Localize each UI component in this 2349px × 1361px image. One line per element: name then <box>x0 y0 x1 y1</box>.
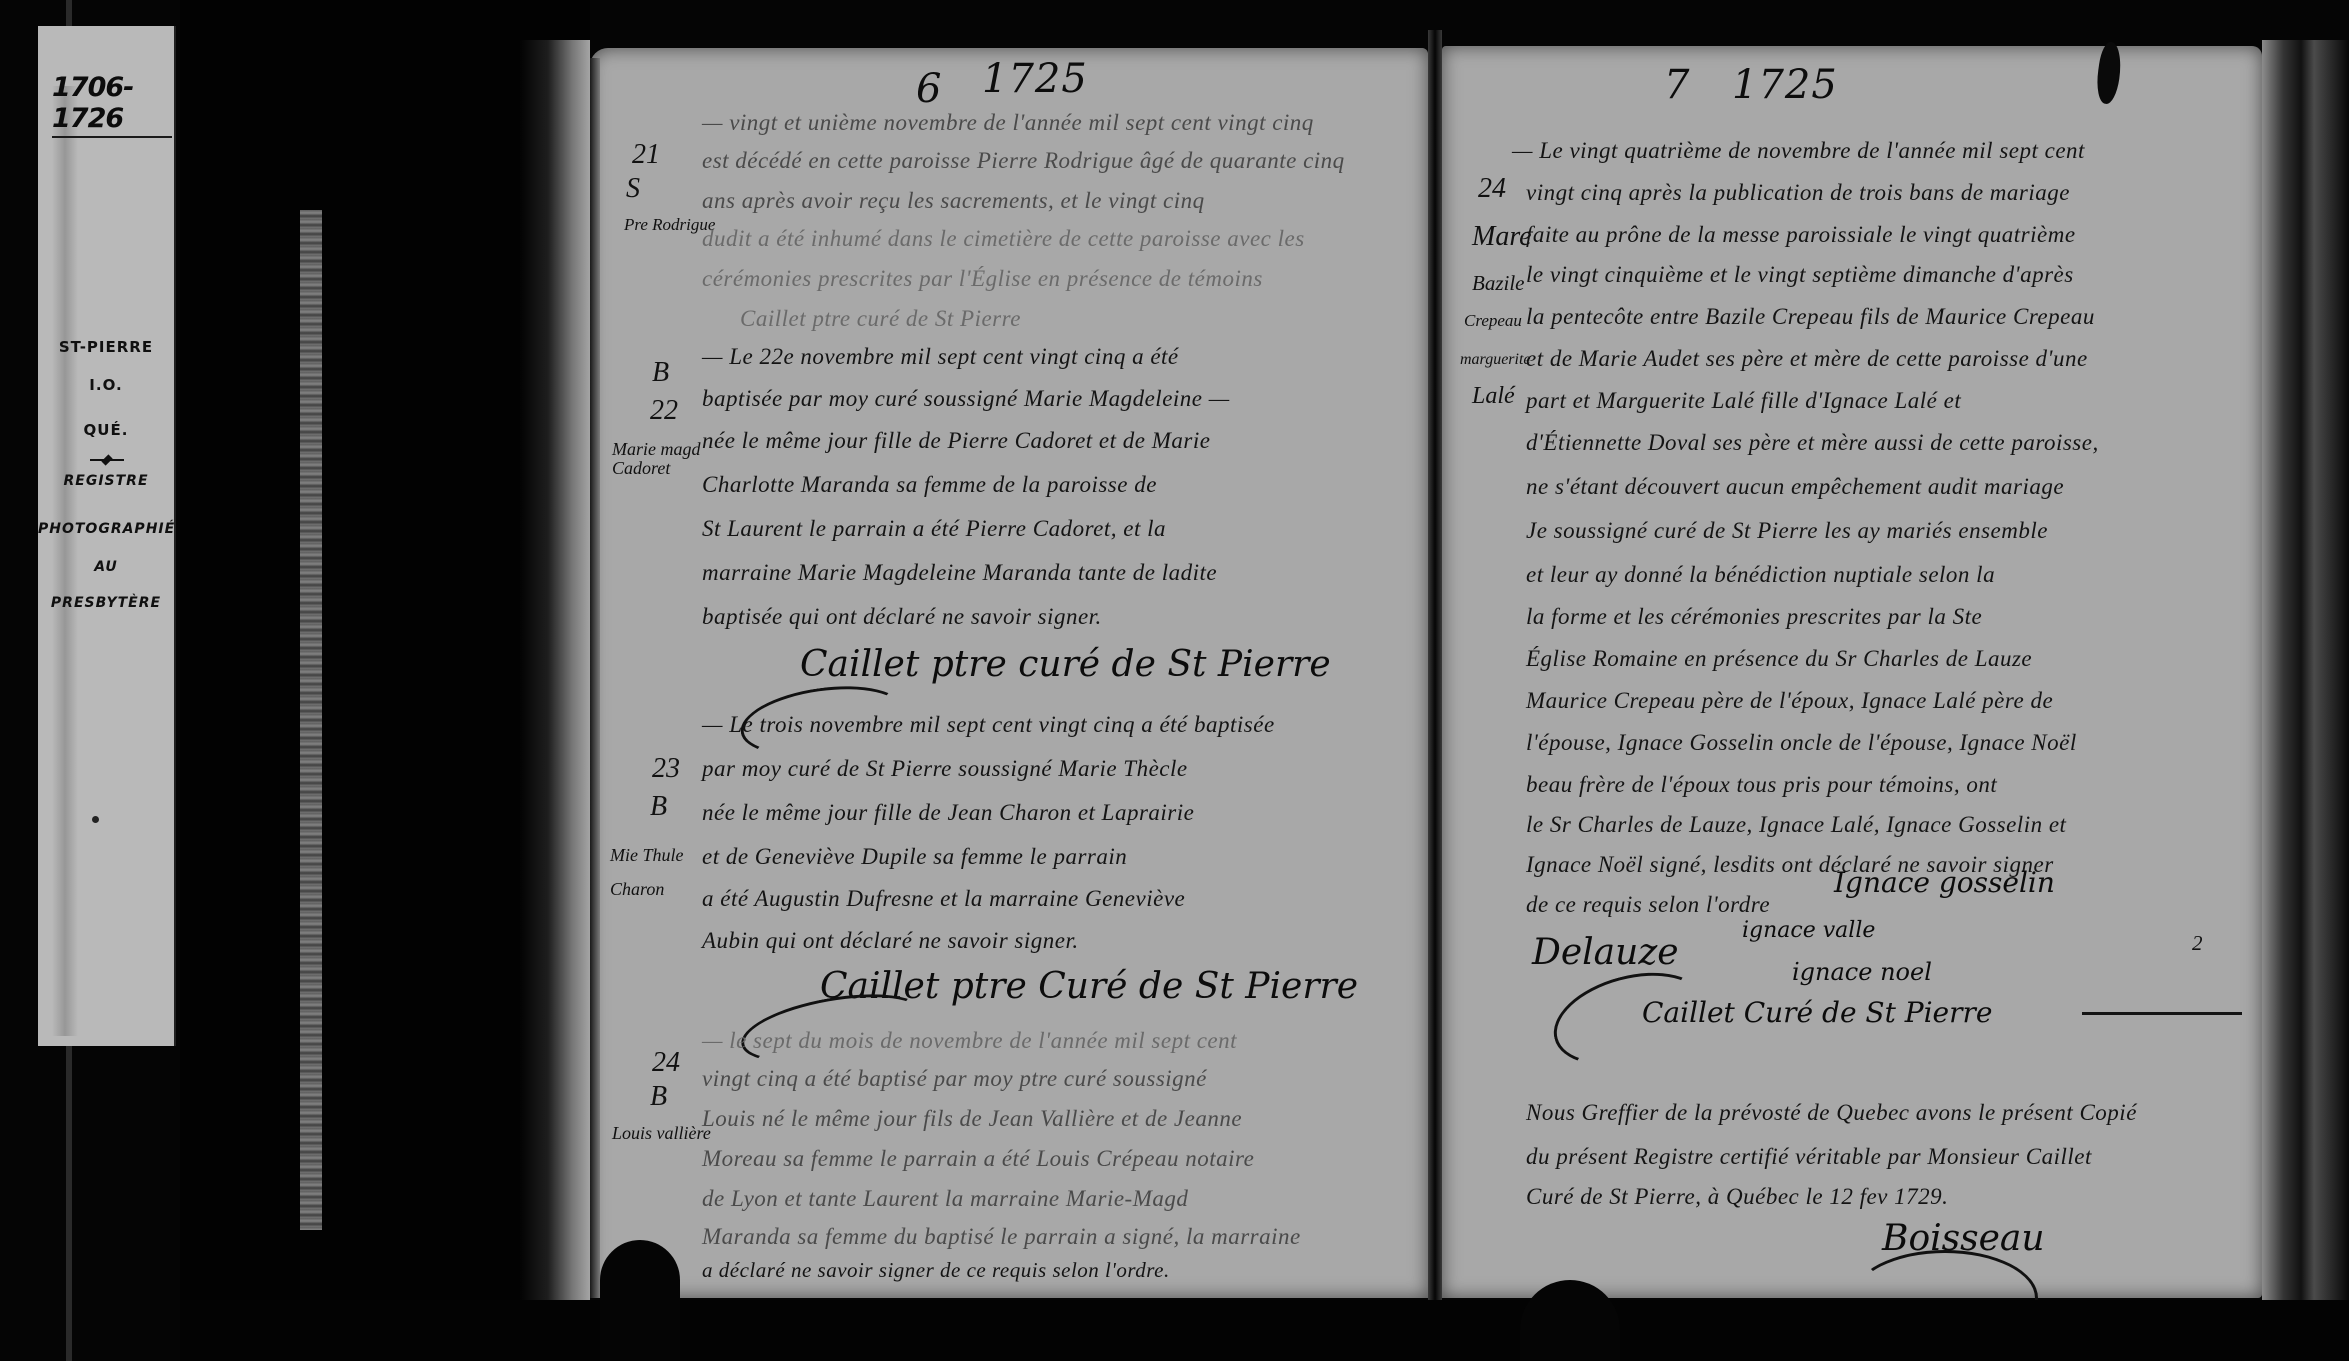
entry-line: dudit a été inhumé dans le cimetière de … <box>702 226 1305 252</box>
entry-line: et de Geneviève Dupile sa femme le parra… <box>702 844 1127 870</box>
entry-type: B <box>652 358 669 387</box>
left-page: 6 1725 21 S Pre Rodrigue — vingt et uniè… <box>590 48 1428 1298</box>
entry-number: 21 <box>632 140 660 169</box>
entry-number: 24 <box>1478 174 1506 203</box>
entry-line: de Lyon et tante Laurent la marraine Mar… <box>702 1186 1188 1212</box>
entry-line: St Laurent le parrain a été Pierre Cador… <box>702 516 1166 542</box>
right-page-number: 7 <box>1664 62 1690 108</box>
separator-rule <box>2082 1012 2242 1015</box>
entry-signature: Caillet ptre curé de St Pierre <box>740 306 1021 332</box>
entry-line: de ce requis selon l'ordre <box>1526 892 1770 918</box>
entry-line: — le sept du mois de novembre de l'année… <box>702 1028 1237 1054</box>
entry-line: baptisée qui ont déclaré ne savoir signe… <box>702 604 1102 630</box>
corner-mark: 2 <box>2192 932 2203 954</box>
entry-line: d'Étiennette Doval ses père et mère auss… <box>1526 430 2099 456</box>
margin-groom-last: Crepeau <box>1464 312 1522 330</box>
margin-groom-first: Bazile <box>1472 272 1525 294</box>
book-right-edge <box>2262 40 2349 1320</box>
entry-line: la forme et les cérémonies prescrites pa… <box>1526 604 1982 630</box>
certification-line: Curé de St Pierre, à Québec le 12 fev 17… <box>1526 1184 1948 1210</box>
entry-type: B <box>650 792 667 821</box>
entry-line: Église Romaine en présence du Sr Charles… <box>1526 646 2032 672</box>
entry-line: la pentecôte entre Bazile Crepeau fils d… <box>1526 304 2095 330</box>
signature-delauze: Delauze <box>1532 932 1679 973</box>
entry-line: est décédé en cette paroisse Pierre Rodr… <box>702 148 1345 174</box>
label-photographie: PHOTOGRAPHIÉ <box>38 521 174 537</box>
entry-line: Charlotte Maranda sa femme de la paroiss… <box>702 472 1157 498</box>
label-date-range: 1706-1726 <box>52 72 172 138</box>
entry-line: faite au prône de la messe paroissiale l… <box>1526 222 2076 248</box>
entry-line: née le même jour fille de Jean Charon et… <box>702 800 1194 826</box>
label-pin-hole <box>92 816 99 823</box>
signature-gosselin: Ignace gosselin <box>1834 866 2055 899</box>
entry-line: ne s'étant découvert aucun empêchement a… <box>1526 474 2064 500</box>
left-page-number: 6 <box>916 66 942 112</box>
right-page-year: 1725 <box>1732 62 1838 108</box>
label-divider-ornament <box>90 459 124 461</box>
entry-line: par moy curé de St Pierre soussigné Mari… <box>702 756 1188 782</box>
left-page-year: 1725 <box>982 56 1088 102</box>
entry-line: a déclaré ne savoir signer de ce requis … <box>702 1258 1170 1283</box>
thumb-shadow-left <box>600 1240 680 1360</box>
entry-line: cérémonies prescrites par l'Église en pr… <box>702 266 1263 292</box>
entry-line: a été Augustin Dufresne et la marraine G… <box>702 886 1185 912</box>
entry-number: 22 <box>650 396 678 425</box>
label-au: AU <box>38 559 174 575</box>
entry-line: vingt cinq après la publication de trois… <box>1526 180 2070 206</box>
entry-line: — Le vingt quatrième de novembre de l'an… <box>1512 138 2085 164</box>
entry-line: Moreau sa femme le parrain a été Louis C… <box>702 1146 1254 1172</box>
right-page: 7 1725 24 Mare Bazile Crepeau marguerite… <box>1442 46 2262 1298</box>
entry-line: ans après avoir reçu les sacrements, et … <box>702 188 1205 214</box>
entry-name: Louis vallière <box>612 1124 711 1143</box>
page-edge-stack <box>300 210 322 1230</box>
signature-noel: ignace noel <box>1792 958 1932 986</box>
entry-line: Maurice Crepeau père de l'époux, Ignace … <box>1526 688 2053 714</box>
certification-line: du présent Registre certifié véritable p… <box>1526 1144 2092 1170</box>
label-presbytere: PRESBYTÈRE <box>38 595 174 611</box>
cure-signature: Caillet ptre curé de St Pierre <box>800 644 1331 685</box>
entry-line: — Le trois novembre mil sept cent vingt … <box>702 712 1275 738</box>
entry-line: baptisée par moy curé soussigné Marie Ma… <box>702 386 1230 412</box>
entry-line: et de Marie Audet ses père et mère de ce… <box>1526 346 2088 372</box>
entry-line: l'épouse, Ignace Gosselin oncle de l'épo… <box>1526 730 2077 756</box>
entry-number: 23 <box>652 754 680 783</box>
entry-line: — Le 22e novembre mil sept cent vingt ci… <box>702 344 1179 370</box>
entry-type: Mare <box>1472 222 1532 251</box>
entry-line: le vingt cinquième et le vingt septième … <box>1526 262 2074 288</box>
entry-line: née le même jour fille de Pierre Cadoret… <box>702 428 1210 454</box>
certification-line: Nous Greffier de la prévosté de Quebec a… <box>1526 1100 2137 1126</box>
entry-line: Aubin qui ont déclaré ne savoir signer. <box>702 928 1079 954</box>
label-registre: REGISTRE <box>38 473 174 489</box>
margin-bride-last: Lalé <box>1472 384 1515 409</box>
entry-line: — vingt et unième novembre de l'année mi… <box>702 110 1314 136</box>
entry-line: marraine Marie Magdeleine Maranda tante … <box>702 560 1217 586</box>
entry-line: Je soussigné curé de St Pierre les ay ma… <box>1526 518 2048 544</box>
label-province: QUÉ. <box>38 421 174 439</box>
signature-lale: ignace valle <box>1742 918 1875 943</box>
page-curl <box>520 40 590 1300</box>
label-island: I.O. <box>38 376 174 394</box>
entry-line: le Sr Charles de Lauze, Ignace Lalé, Ign… <box>1526 812 2066 838</box>
entry-type: S <box>626 174 640 203</box>
entry-line: beau frère de l'époux tous pris pour tém… <box>1526 772 1997 798</box>
entry-number: 24 <box>652 1048 680 1077</box>
entry-line: et leur ay donné la bénédiction nuptiale… <box>1526 562 1995 588</box>
entry-type: B <box>650 1082 667 1111</box>
entry-line: vingt cinq a été baptisé par moy ptre cu… <box>702 1066 1207 1092</box>
signature-flourish <box>1544 957 1717 1080</box>
register-label-card: 1706-1726 ST-PIERRE I.O. QUÉ. REGISTRE P… <box>38 26 176 1046</box>
bottom-shadow <box>180 1300 2349 1361</box>
entry-line: Louis né le même jour fils de Jean Valli… <box>702 1106 1242 1132</box>
label-parish: ST-PIERRE <box>38 338 174 356</box>
entry-line: Maranda sa femme du baptisé le parrain a… <box>702 1224 1301 1250</box>
book-gutter <box>1428 30 1442 1310</box>
entry-line: part et Marguerite Lalé fille d'Ignace L… <box>1526 388 1961 414</box>
margin-bride-first: marguerite <box>1460 352 1531 369</box>
